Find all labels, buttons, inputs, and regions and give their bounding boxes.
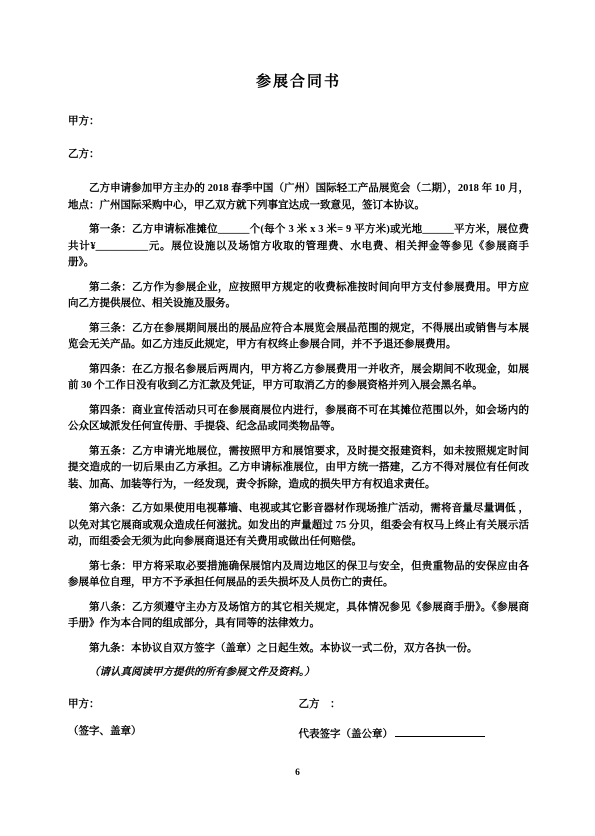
clause-3-paragraph: 第三条：乙方在参展期间展出的展品应符合本展览会展品范围的规定，不得展出或销售与本… bbox=[68, 321, 529, 354]
page-number: 6 bbox=[0, 768, 595, 778]
clause-1-paragraph: 第一条：乙方申请标准摊位______个(每个 3 米 x 3 米= 9 平方米)… bbox=[68, 222, 529, 272]
party-b-seal-label: 代表签字（盖公章） bbox=[299, 729, 394, 740]
clause-5-paragraph: 第五条：乙方申请光地展位，需按照甲方和展馆要求，及时提交报建资料，如未按照规定时… bbox=[68, 444, 529, 494]
clause-9-paragraph: 第九条：本协议自双方签字（盖章）之日起生效。本协议一式二份，双方各执一份。 bbox=[68, 641, 529, 658]
clause-4a-paragraph: 第四条：在乙方报名参展后两周内，甲方将乙方参展费用一并收齐，展会期间不收现金，如… bbox=[68, 362, 529, 395]
clause-7-paragraph: 第七条：甲方将采取必要措施确保展馆内及周边地区的保卫与安全，但贵重物品的安保应由… bbox=[68, 559, 529, 592]
clause-8-paragraph: 第八条：乙方须遵守主办方及场馆方的其它相关规定，具体情况参见《参展商手册》。《参… bbox=[68, 600, 529, 633]
intro-paragraph: 乙方申请参加甲方主办的 2018 春季中国（广州）国际轻工产品展览会（二期），2… bbox=[68, 181, 529, 214]
party-b-signature-label: 乙方 ： bbox=[299, 698, 530, 712]
party-a-header: 甲方： bbox=[68, 115, 529, 129]
contract-page: 参展合同书 甲方： 乙方： 乙方申请参加甲方主办的 2018 春季中国（广州）国… bbox=[0, 0, 595, 836]
signature-blank-line bbox=[395, 725, 485, 737]
party-a-signature-column: 甲方： （签字、盖章） bbox=[68, 698, 299, 755]
clause-2-paragraph: 第二条：乙方作为参展企业，应按照甲方规定的收费标准按时间向甲方支付参展费用。甲方… bbox=[68, 280, 529, 313]
party-b-header: 乙方： bbox=[68, 148, 529, 162]
party-a-seal-label: （签字、盖章） bbox=[68, 725, 299, 739]
party-a-signature-label: 甲方： bbox=[68, 698, 299, 712]
party-b-seal-row: 代表签字（盖公章） bbox=[299, 725, 530, 742]
clause-6-paragraph: 第六条：乙方如果使用电视幕墙、电视或其它影音器材作现场推广活动，需将音量尽量调低… bbox=[68, 501, 529, 551]
signature-block: 甲方： （签字、盖章） 乙方 ： 代表签字（盖公章） bbox=[68, 698, 529, 755]
document-title: 参展合同书 bbox=[68, 70, 529, 91]
read-documents-note: （请认真阅读甲方提供的所有参展文件及资料。） bbox=[68, 665, 529, 682]
party-b-signature-column: 乙方 ： 代表签字（盖公章） bbox=[299, 698, 530, 755]
clause-4b-paragraph: 第四条：商业宣传活动只可在参展商展位内进行，参展商不可在其摊位范围以外，如会场内… bbox=[68, 403, 529, 436]
